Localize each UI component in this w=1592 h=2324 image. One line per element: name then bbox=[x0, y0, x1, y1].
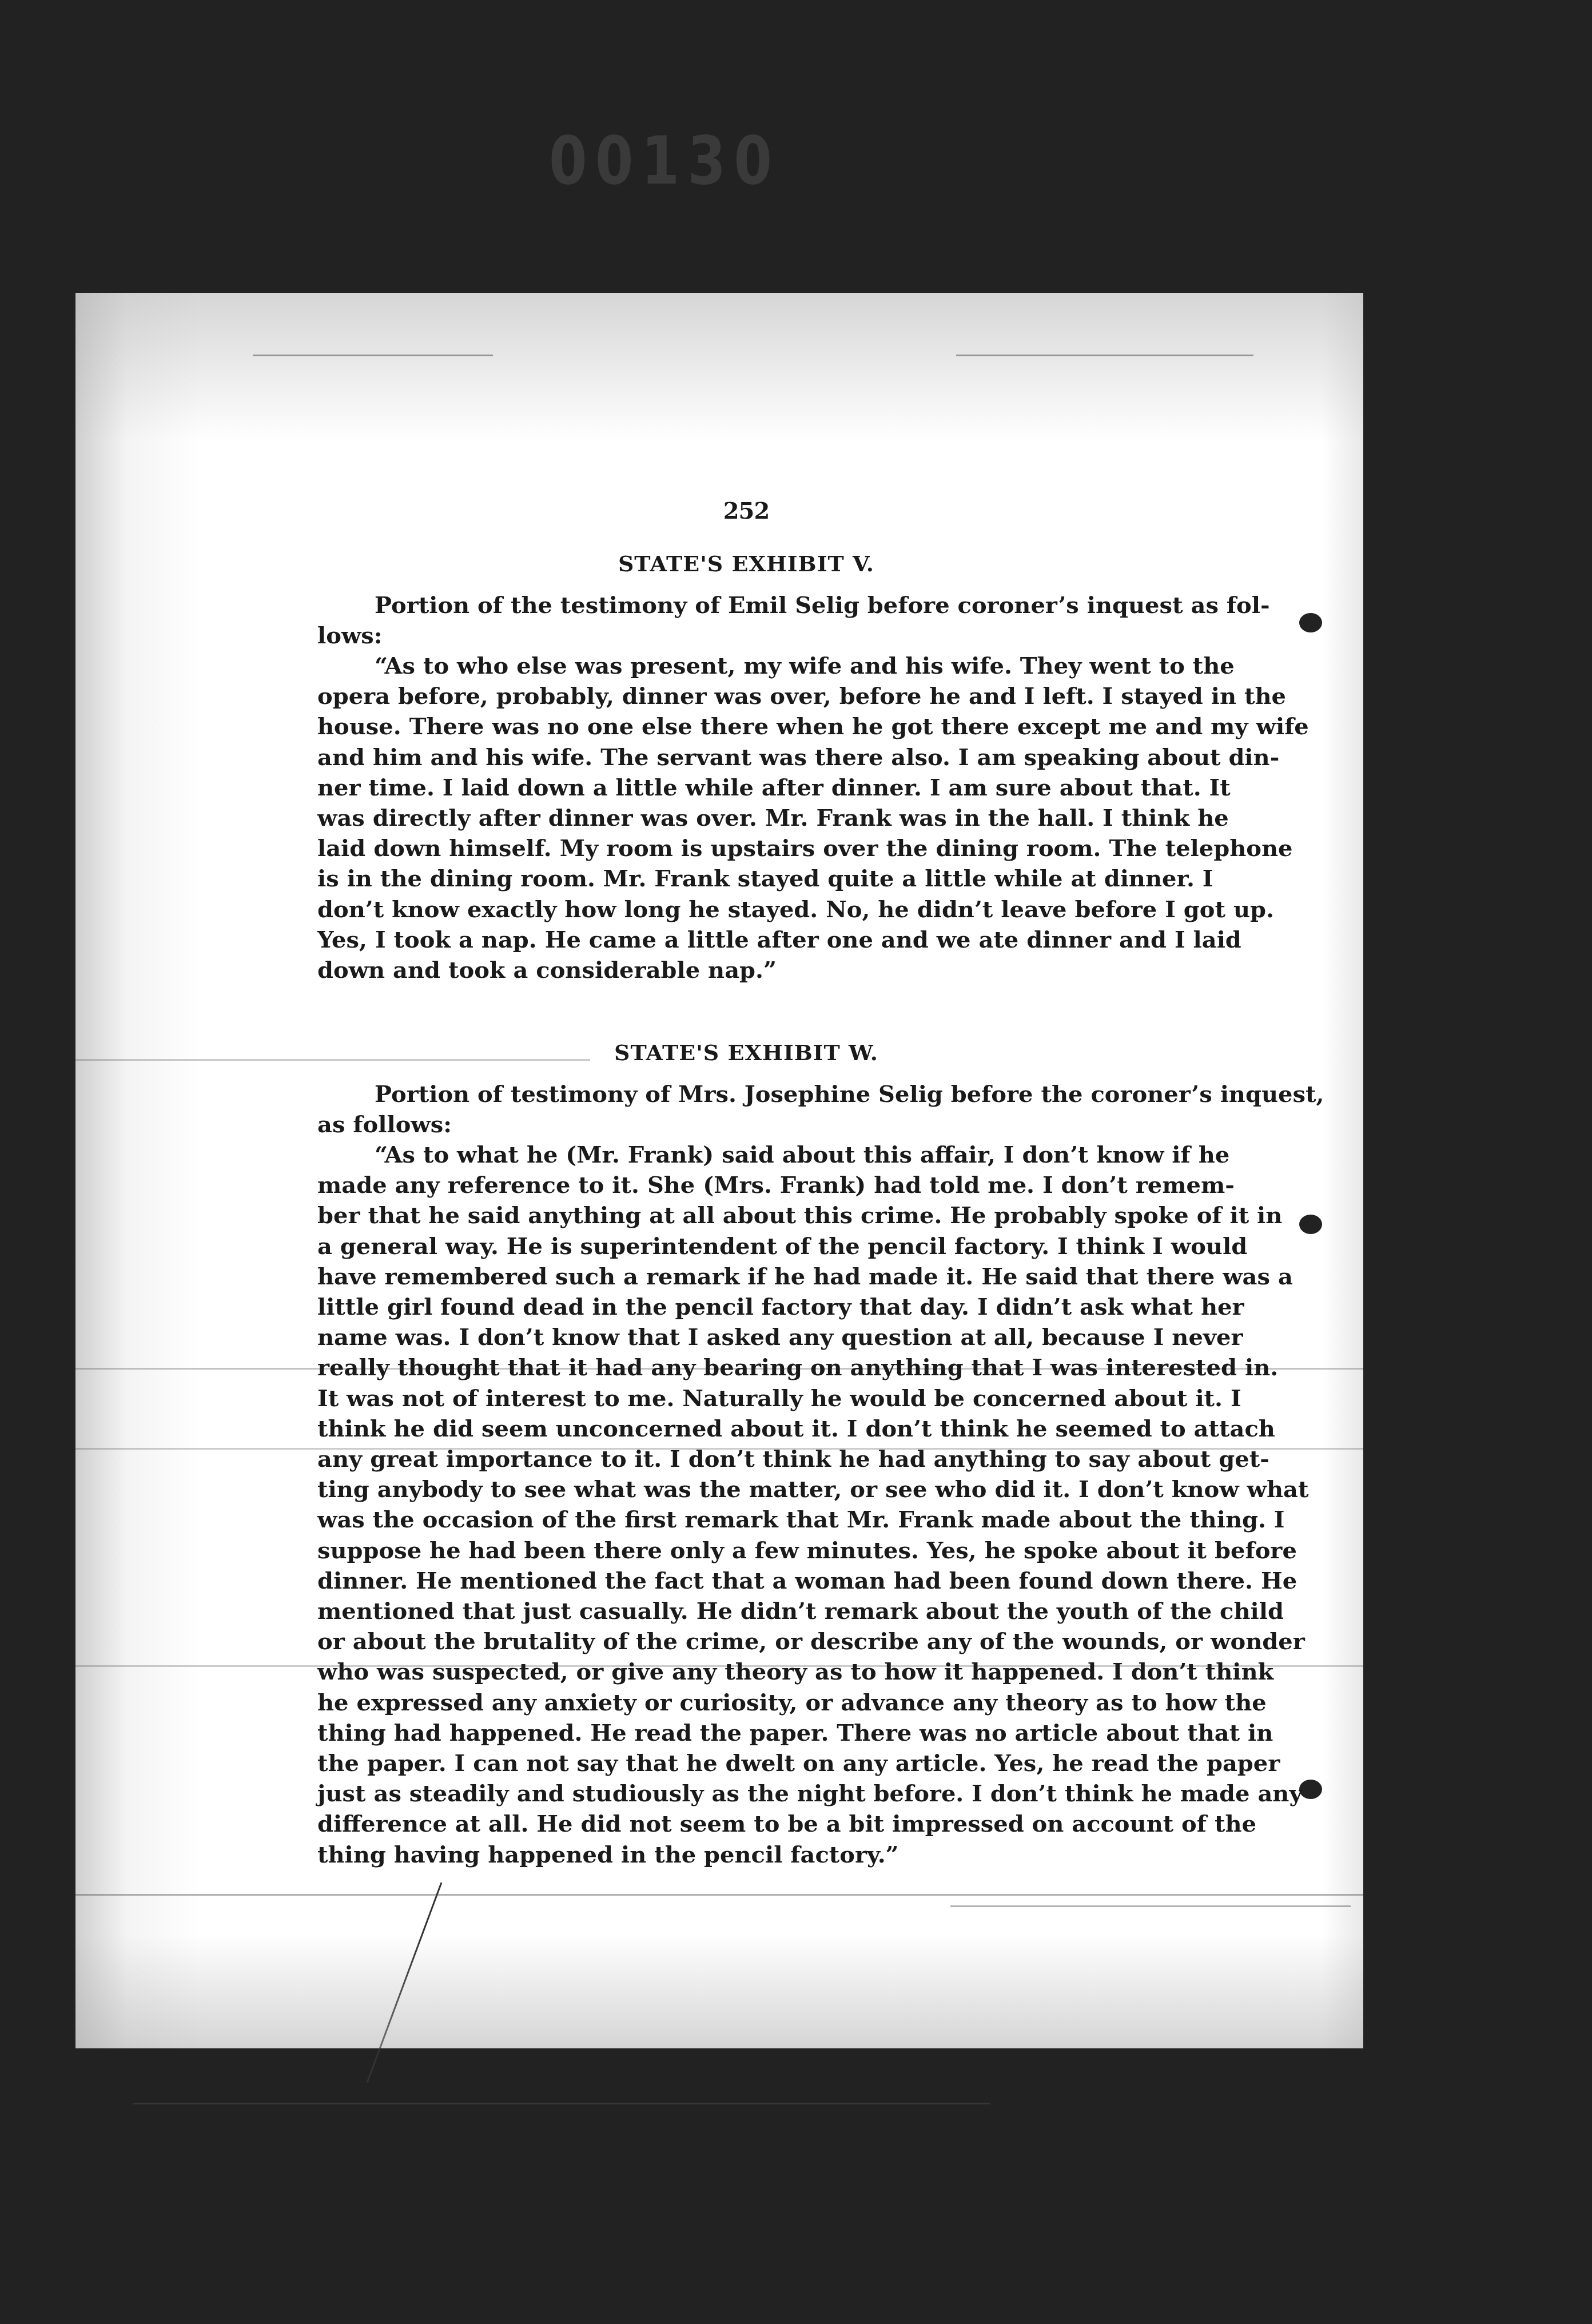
text-line: just as steadily and studiously as the n… bbox=[317, 1778, 1175, 1809]
pen-stroke-mark bbox=[350, 1883, 464, 2088]
text-line: or about the brutality of the crime, or … bbox=[317, 1626, 1175, 1657]
scan-line bbox=[956, 355, 1253, 356]
exhibit-v-intro: Portion of the testimony of Emil Selig b… bbox=[317, 590, 1175, 651]
exhibit-w-quote: “As to what he (Mr. Frank) said about th… bbox=[317, 1140, 1175, 1870]
text-line: name was. I don’t know that I asked any … bbox=[317, 1322, 1175, 1352]
text-line: Yes, I took a nap. He came a little afte… bbox=[317, 925, 1175, 955]
punch-hole bbox=[1299, 613, 1322, 632]
frame-number-ghost: 00130 bbox=[549, 122, 780, 199]
text-line: any great importance to it. I don’t thin… bbox=[317, 1444, 1175, 1474]
text-line: opera before, probably, dinner was over,… bbox=[317, 681, 1175, 711]
text-line: “As to what he (Mr. Frank) said about th… bbox=[317, 1140, 1175, 1170]
text-line: he expressed any anxiety or curiosity, o… bbox=[317, 1688, 1175, 1718]
scan-line bbox=[950, 1905, 1351, 1907]
text-line: is in the dining room. Mr. Frank stayed … bbox=[317, 863, 1175, 894]
scan-line bbox=[133, 2103, 990, 2104]
text-line: the paper. I can not say that he dwelt o… bbox=[317, 1748, 1175, 1778]
text-line: suppose he had been there only a few min… bbox=[317, 1535, 1175, 1566]
text-line: “As to who else was present, my wife and… bbox=[317, 651, 1175, 681]
text-line: ber that he said anything at all about t… bbox=[317, 1200, 1175, 1231]
text-line: little girl found dead in the pencil fac… bbox=[317, 1292, 1175, 1322]
text-line: It was not of interest to me. Naturally … bbox=[317, 1383, 1175, 1414]
exhibit-v-heading: STATE'S EXHIBIT V. bbox=[317, 548, 1175, 579]
scan-line bbox=[253, 355, 493, 356]
punch-hole bbox=[1299, 1780, 1322, 1799]
text-line: who was suspected, or give any theory as… bbox=[317, 1657, 1175, 1687]
text-line: mentioned that just casually. He didn’t … bbox=[317, 1596, 1175, 1626]
text-line: really thought that it had any bearing o… bbox=[317, 1352, 1175, 1383]
punch-hole bbox=[1299, 1215, 1322, 1234]
exhibit-w-heading: STATE'S EXHIBIT W. bbox=[317, 1037, 1175, 1068]
text-line: as follows: bbox=[317, 1109, 1175, 1140]
text-line: thing had happened. He read the paper. T… bbox=[317, 1718, 1175, 1748]
text-line: difference at all. He did not seem to be… bbox=[317, 1809, 1175, 1839]
text-line: have remembered such a remark if he had … bbox=[317, 1262, 1175, 1292]
text-line: made any reference to it. She (Mrs. Fran… bbox=[317, 1170, 1175, 1200]
text-line: Portion of the testimony of Emil Selig b… bbox=[317, 590, 1175, 620]
scan-line bbox=[75, 1894, 1363, 1896]
document-page: 252 STATE'S EXHIBIT V. Portion of the te… bbox=[75, 293, 1363, 2048]
text-line: lows: bbox=[317, 620, 1175, 651]
text-line: was directly after dinner was over. Mr. … bbox=[317, 803, 1175, 833]
text-line: house. There was no one else there when … bbox=[317, 711, 1175, 742]
text-line: a general way. He is superintendent of t… bbox=[317, 1231, 1175, 1262]
text-line: Portion of testimony of Mrs. Josephine S… bbox=[317, 1079, 1175, 1109]
text-line: and him and his wife. The servant was th… bbox=[317, 742, 1175, 773]
text-line: think he did seem unconcerned about it. … bbox=[317, 1414, 1175, 1444]
text-line: down and took a considerable nap.” bbox=[317, 955, 1175, 985]
text-line: laid down himself. My room is upstairs o… bbox=[317, 833, 1175, 863]
text-line: don’t know exactly how long he stayed. N… bbox=[317, 894, 1175, 925]
text-line: was the occasion of the first remark tha… bbox=[317, 1505, 1175, 1535]
text-line: ner time. I laid down a little while aft… bbox=[317, 773, 1175, 803]
exhibit-w-intro: Portion of testimony of Mrs. Josephine S… bbox=[317, 1079, 1175, 1140]
page-number: 252 bbox=[317, 496, 1175, 526]
text-line: ting anybody to see what was the matter,… bbox=[317, 1474, 1175, 1505]
exhibit-v-quote: “As to who else was present, my wife and… bbox=[317, 651, 1175, 985]
text-line: thing having happened in the pencil fact… bbox=[317, 1840, 1175, 1870]
text-line: dinner. He mentioned the fact that a wom… bbox=[317, 1566, 1175, 1596]
